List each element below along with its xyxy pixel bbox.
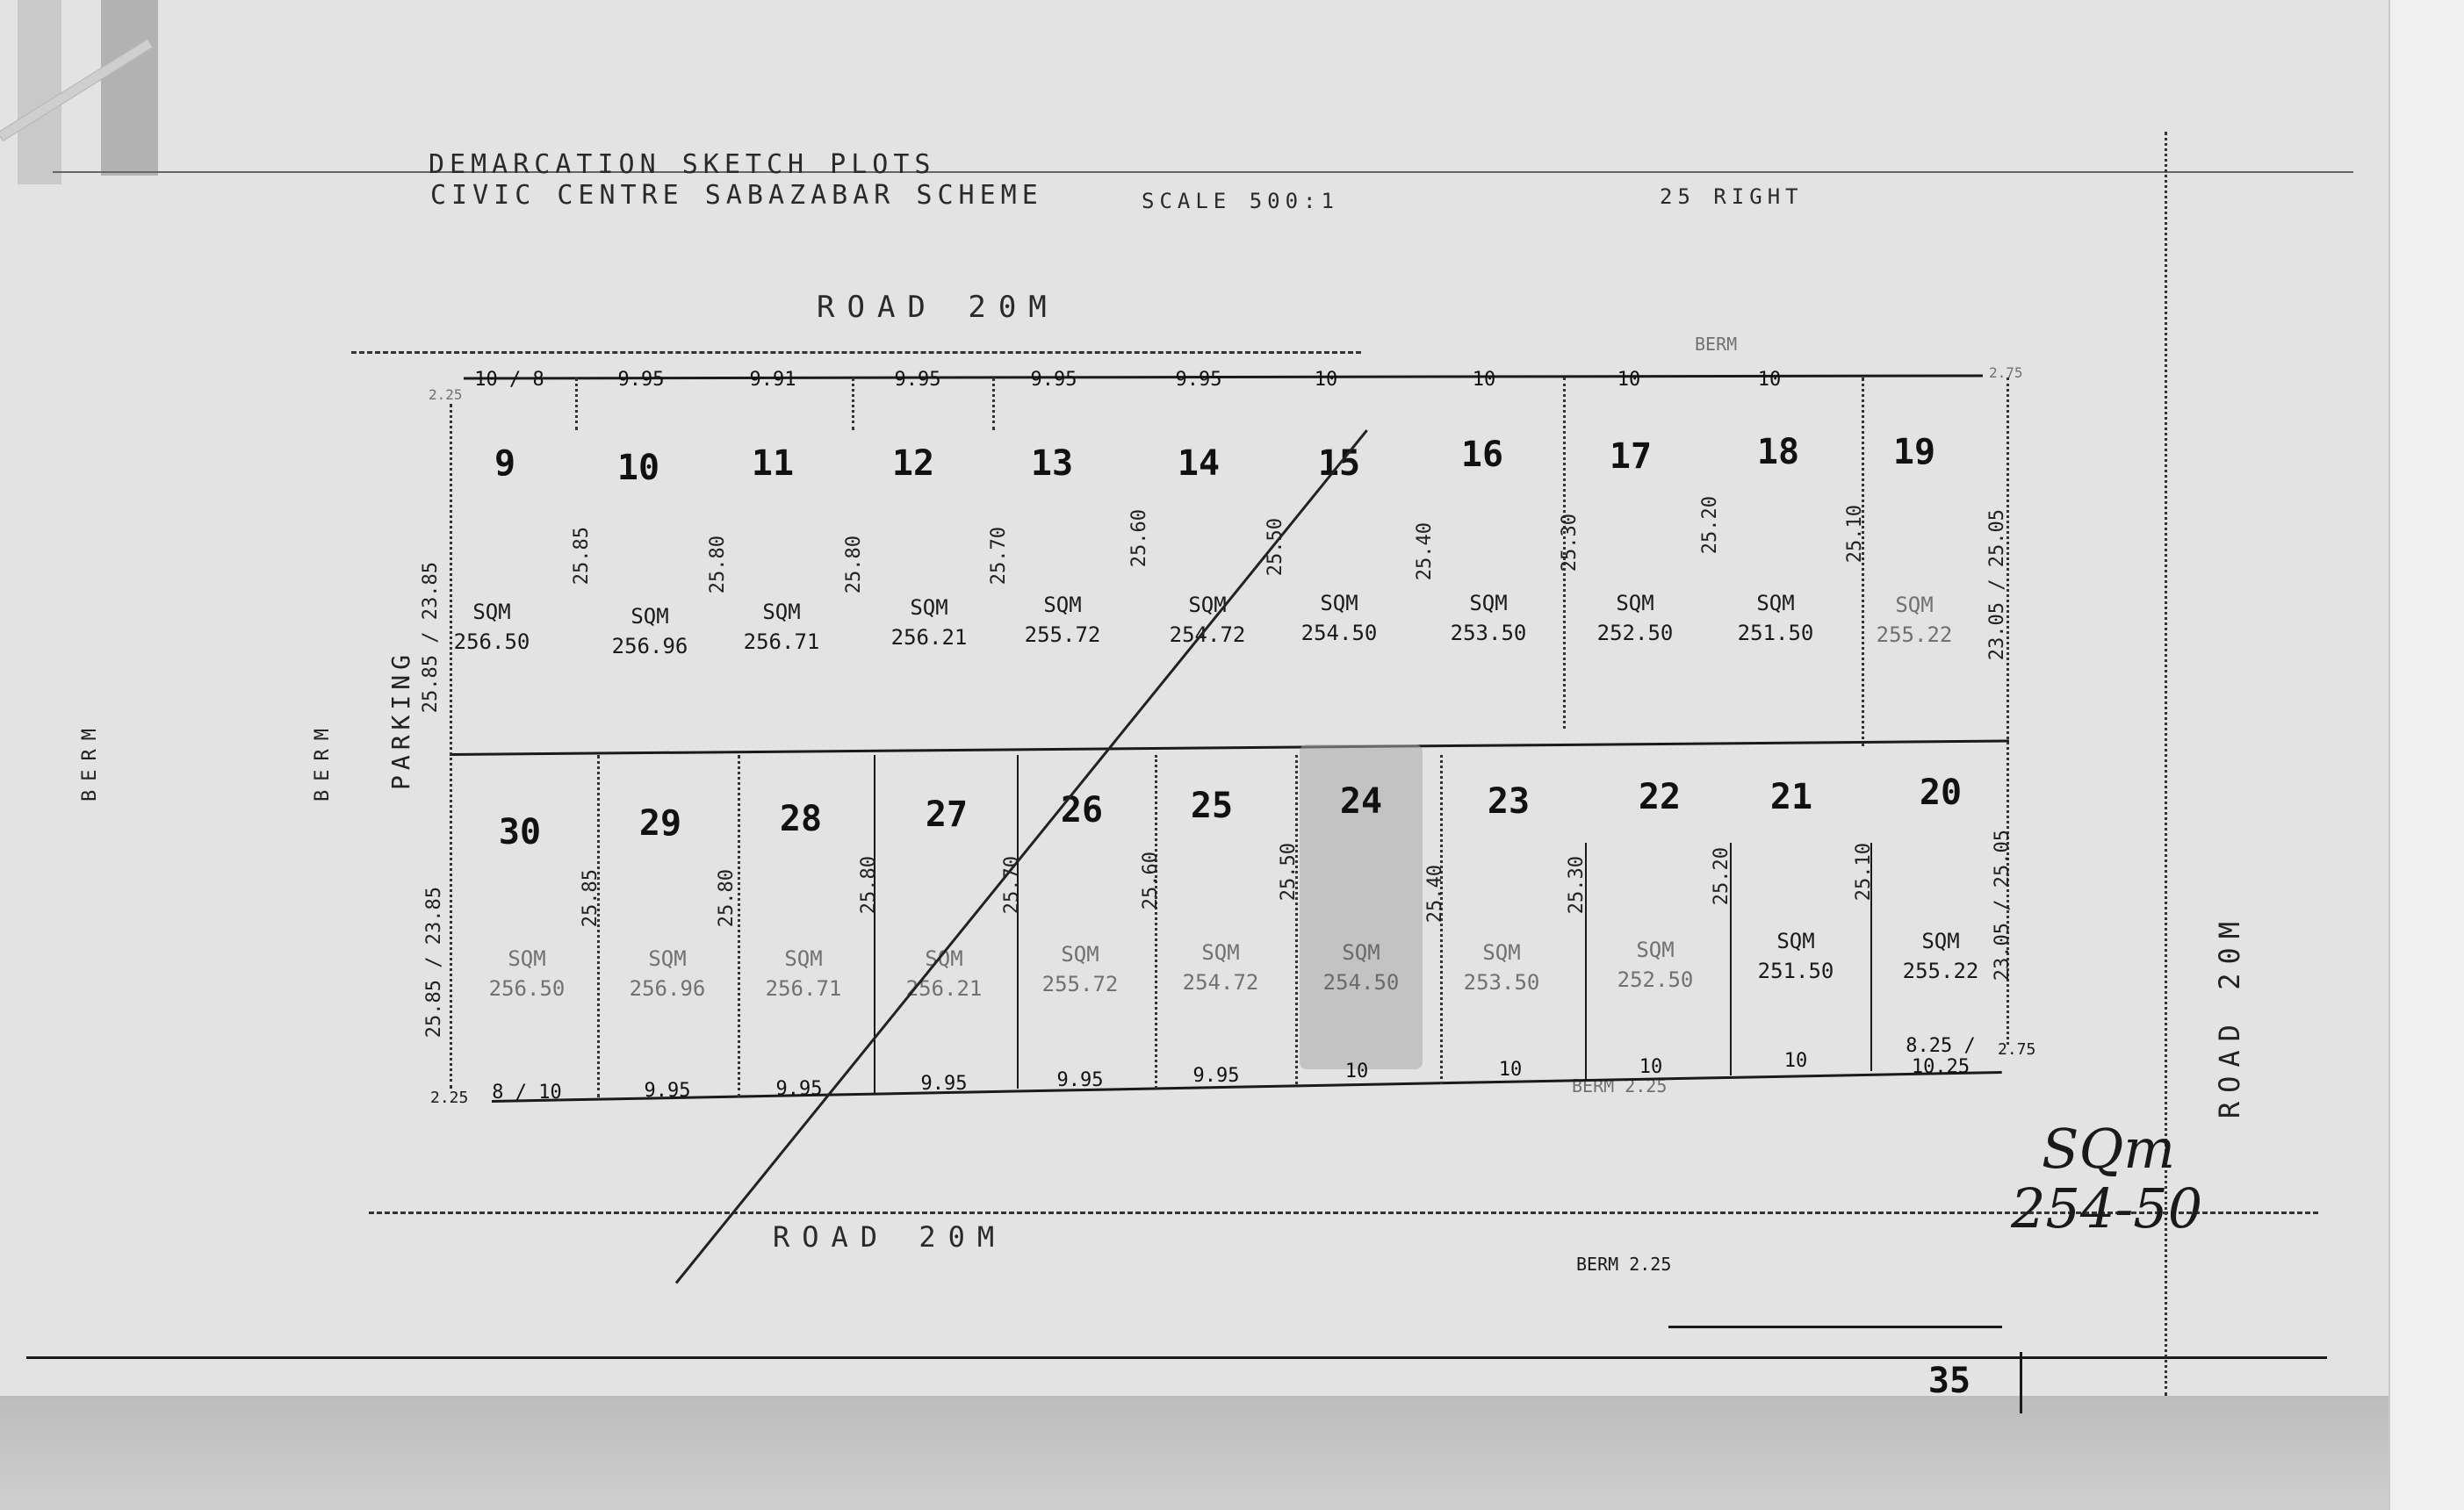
plot-divider (874, 755, 875, 1093)
corner-mark: 2.25 (429, 386, 463, 403)
plot-number: 17 (1610, 436, 1652, 477)
plot-divider (1155, 755, 1157, 1089)
plot-area: SQM252.50 (1597, 588, 1674, 648)
block-left-edge (450, 404, 452, 1089)
plot-divider (738, 755, 740, 1097)
plot-number: 26 (1061, 790, 1103, 830)
frontage: 8 / 10 (492, 1082, 561, 1104)
frontage: 10 (1345, 1061, 1369, 1082)
handwritten-area-note: SQm 254-50 (2011, 1119, 2202, 1239)
plot-number: 10 (617, 448, 659, 488)
plot-area: SQM255.72 (1042, 939, 1119, 999)
plot-area: SQM254.72 (1183, 938, 1259, 997)
road-right-label: ROAD 20M (2213, 913, 2246, 1118)
plot-number: 30 (499, 812, 541, 852)
plot-depth: 25.40 (1424, 865, 1446, 923)
frontage: 10 (1784, 1050, 1808, 1072)
plot-depth: 25.70 (988, 527, 1010, 585)
plot-number: 14 (1178, 443, 1220, 484)
frontage: 10 (1499, 1059, 1523, 1081)
scanned-paper (0, 0, 2388, 1484)
adjacent-plot-outline (2020, 1352, 2022, 1413)
plot-number: 23 (1488, 781, 1530, 822)
plot-number: 9 (494, 443, 515, 484)
plot-area: SQM255.22 (1903, 926, 1979, 986)
plot-depth-right: 23.05 / 25.05 (1992, 830, 2014, 981)
plot-number: 28 (780, 799, 822, 839)
plot-number: 21 (1770, 777, 1812, 817)
plot-divider (1017, 755, 1019, 1089)
frontage: 10 (1758, 369, 1782, 391)
frontage: 10 (1617, 369, 1641, 391)
plot-depth: 25.60 (1140, 852, 1162, 910)
plot-area: SQM253.50 (1451, 588, 1527, 648)
plot-area: SQM256.50 (489, 944, 566, 1003)
plot-divider (992, 377, 995, 430)
tape-strip (18, 0, 61, 184)
paper-edge (2388, 0, 2464, 1510)
plot-area: SQM256.50 (454, 597, 530, 657)
plot-depth: 25.80 (858, 856, 880, 914)
corner-mark: 2.75 (1998, 1040, 2035, 1059)
plot-number: 20 (1920, 773, 1962, 813)
plot-depth: 25.85 / 23.85 (423, 887, 445, 1038)
plot-area: SQM254.50 (1323, 938, 1400, 997)
berm-top-label: BERM (1695, 334, 1737, 355)
note-unit: SQm (2011, 1119, 2202, 1179)
road-top-line (351, 351, 1361, 354)
frame-top (53, 171, 2353, 173)
parking-label: PARKING (386, 650, 415, 790)
plot-number: 19 (1893, 432, 1935, 472)
plot-number: 24 (1340, 781, 1382, 822)
plot-number: 22 (1639, 777, 1681, 817)
frontage: 9.95 (921, 1073, 968, 1095)
plot-number: 29 (639, 803, 681, 844)
plot-area: SQM256.21 (891, 593, 968, 652)
plot-area: SQM256.96 (630, 944, 706, 1003)
plot-area: SQM255.22 (1877, 590, 1953, 650)
plot-depth: 25.40 (1414, 522, 1436, 580)
plot-depth: 25.80 (707, 536, 729, 593)
plot-area: SQM256.96 (612, 601, 688, 661)
plot-depth: 25.50 (1264, 518, 1286, 576)
plot-depth: 25.80 (716, 869, 738, 927)
plot-area: SQM251.50 (1758, 926, 1834, 986)
plot-area: SQM256.71 (766, 944, 842, 1003)
frontage: 9.95 (645, 1080, 691, 1102)
plot-number: 11 (752, 443, 794, 484)
frontage: 9.95 (1031, 369, 1077, 391)
plot-number: 27 (926, 795, 968, 835)
frame-bottom (26, 1356, 2327, 1359)
road-top-label: ROAD 20M (817, 290, 1059, 325)
plot-depth: 25.20 (1711, 847, 1733, 905)
plot-depth: 25.30 (1566, 856, 1588, 914)
plot-divider (852, 377, 854, 430)
plot-area: SQM254.50 (1301, 588, 1378, 648)
frontage: 9.95 (776, 1078, 823, 1100)
frontage: 10 (1473, 369, 1496, 391)
frontage: 10 (1639, 1056, 1663, 1078)
frontage: 8.25 / 10.25 (1901, 1036, 1980, 1078)
plot-depth: 25.85 (571, 527, 593, 585)
plot-depth: 25.80 (843, 536, 865, 593)
plot-depth: 25.85 / 23.85 (420, 562, 442, 713)
plot-depth: 25.60 (1128, 509, 1150, 567)
plot-depth: 25.50 (1278, 843, 1300, 901)
plot-depth: 25.10 (1844, 505, 1866, 563)
frontage: 9.91 (750, 369, 796, 391)
scale-label: SCALE 500:1 (1142, 189, 1339, 213)
frontage: 10 (1315, 369, 1338, 391)
plot-area: SQM251.50 (1738, 588, 1814, 648)
corner-mark: 2.25 (430, 1089, 468, 1107)
plot-depth: 25.85 (580, 869, 602, 927)
frontage: 9.95 (1057, 1069, 1104, 1091)
plot-depth: 25.20 (1699, 496, 1721, 554)
tape-strip (101, 0, 158, 176)
plot-area: SQM253.50 (1464, 938, 1540, 997)
frontage: 9.95 (618, 369, 665, 391)
plot-number: 16 (1461, 435, 1503, 475)
plot-number: 13 (1031, 443, 1073, 484)
note-value: 254-50 (2011, 1179, 2202, 1239)
document-subtitle: CIVIC CENTRE SABAZABAR SCHEME (430, 180, 1043, 211)
plot-number: 12 (892, 443, 934, 484)
road-bottom-label: ROAD 20M (773, 1220, 1006, 1254)
plot-depth-right: 23.05 / 25.05 (1986, 509, 2008, 660)
adjacent-plot-outline (1668, 1326, 2002, 1328)
berm-label-left: BERM (79, 720, 101, 802)
plot-depth: 25.30 (1559, 514, 1581, 572)
plot-number: 25 (1191, 786, 1233, 826)
plot-area: SQM254.72 (1170, 590, 1246, 650)
frontage: 9.95 (895, 369, 941, 391)
frontage: 9.95 (1176, 369, 1222, 391)
plot-depth: 25.10 (1853, 843, 1875, 901)
plot-area: SQM255.72 (1025, 590, 1101, 650)
plot-area: SQM256.71 (744, 597, 820, 657)
plot-number: 18 (1757, 432, 1799, 472)
plot-area: SQM252.50 (1617, 935, 1694, 995)
plot-divider (1295, 755, 1298, 1084)
frontage: 10 / 8 (474, 369, 544, 391)
berm-label-left-2: BERM (312, 720, 334, 802)
frontage: 9.95 (1193, 1065, 1240, 1087)
adjacent-plot-number: 35 (1928, 1361, 1970, 1401)
corner-mark: 2.75 (1989, 364, 2023, 381)
berm-bottom-label-2: BERM 2.25 (1576, 1254, 1671, 1275)
document-title: DEMARCATION SKETCH PLOTS (429, 149, 935, 180)
top-right-note: 25 RIGHT (1660, 184, 1804, 209)
plot-divider (575, 377, 578, 430)
paper-fold (0, 1396, 2388, 1510)
